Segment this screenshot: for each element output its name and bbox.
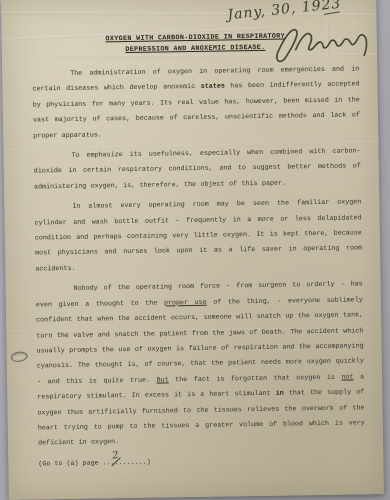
document-title: OXYGEN WITH CARBON-DIOXIDE IN RESPIRATOR… — [32, 30, 359, 56]
document-page: Jany, 30, 1923 OXYGEN WITH CARBON-DIOXID… — [1, 0, 384, 500]
footer-text: (Go to (a) page ...........) — [38, 458, 150, 468]
typed-text-block: OXYGEN WITH CARBON-DIOXIDE IN RESPIRATOR… — [32, 30, 366, 472]
paragraph: In almost every operating room may be se… — [34, 196, 362, 278]
paragraph: To emphasize its usefulness, especially … — [33, 144, 361, 195]
footer-note: (Go to (a) page ...........) 2 — [38, 452, 365, 473]
paragraph: The administration of oxygen in operatin… — [32, 62, 360, 144]
paragraph: Nobody of the operating room force - fro… — [36, 278, 366, 453]
punch-hole — [10, 350, 28, 363]
